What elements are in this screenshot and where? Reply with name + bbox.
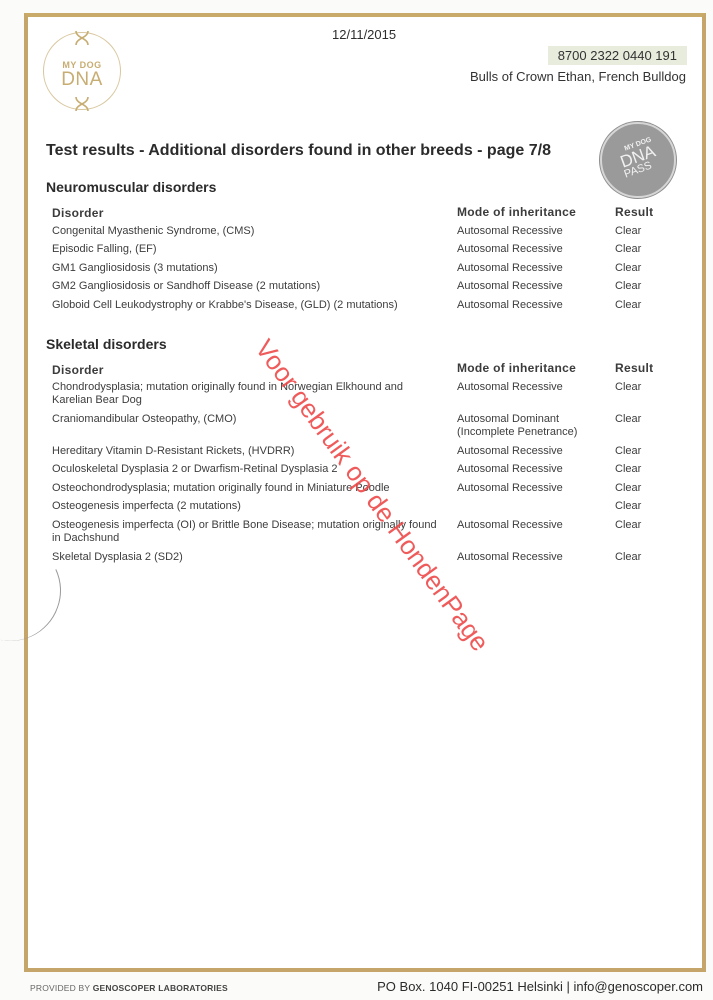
section-title-skeletal: Skeletal disorders	[46, 336, 167, 352]
dna-pass-badge: MY DOG DNA PASS	[600, 122, 676, 198]
result-cell: Clear	[615, 482, 641, 495]
provided-by-label: PROVIDED BY	[30, 983, 90, 993]
result-cell: Clear	[615, 413, 641, 426]
result-cell: Clear	[615, 551, 641, 564]
result-cell: Clear	[615, 500, 641, 513]
disorder-cell: Congenital Myasthenic Syndrome, (CMS)	[52, 225, 442, 238]
result-cell: Clear	[615, 381, 641, 394]
mode-cell: Autosomal Recessive	[457, 445, 607, 458]
disorder-cell: Globoid Cell Leukodystrophy or Krabbe's …	[52, 299, 442, 312]
result-cell: Clear	[615, 225, 641, 238]
column-header-mode: Mode of inheritance	[457, 205, 576, 219]
disorder-cell: GM1 Gangliosidosis (3 mutations)	[52, 262, 442, 275]
result-cell: Clear	[615, 299, 641, 312]
my-dog-dna-logo: MY DOG DNA	[43, 32, 121, 110]
result-cell: Clear	[615, 280, 641, 293]
column-header-disorder: Disorder	[52, 206, 104, 220]
disorder-cell: Craniomandibular Osteopathy, (CMO)	[52, 413, 442, 426]
column-header-result: Result	[615, 361, 653, 375]
mode-cell: Autosomal Recessive	[457, 243, 607, 256]
result-cell: Clear	[615, 445, 641, 458]
disorder-cell: GM2 Gangliosidosis or Sandhoff Disease (…	[52, 280, 442, 293]
dna-strand-icon	[73, 97, 91, 111]
result-cell: Clear	[615, 463, 641, 476]
mode-cell: Autosomal Recessive	[457, 519, 607, 532]
lab-name: GENOSCOPER LABORATORIES	[93, 983, 228, 993]
mode-cell: Autosomal Dominant (Incomplete Penetranc…	[457, 413, 607, 439]
mode-cell: Autosomal Recessive	[457, 262, 607, 275]
mode-cell: Autosomal Recessive	[457, 463, 607, 476]
mode-cell: Autosomal Recessive	[457, 280, 607, 293]
page-title: Test results - Additional disorders foun…	[46, 142, 551, 160]
report-date: 12/11/2015	[332, 27, 396, 42]
dna-strand-icon	[73, 31, 91, 45]
section-title-neuromuscular: Neuromuscular disorders	[46, 179, 216, 195]
disorder-cell: Hereditary Vitamin D-Resistant Rickets, …	[52, 445, 442, 458]
result-cell: Clear	[615, 519, 641, 532]
result-cell: Clear	[615, 262, 641, 275]
result-cell: Clear	[615, 243, 641, 256]
chip-id: 8700 2322 0440 191	[548, 46, 687, 65]
footer-address: PO Box. 1040 FI-00251 Helsinki | info@ge…	[377, 979, 703, 994]
disorder-cell: Skeletal Dysplasia 2 (SD2)	[52, 551, 442, 564]
column-header-mode: Mode of inheritance	[457, 361, 576, 375]
dog-name: Bulls of Crown Ethan, French Bulldog	[470, 69, 686, 84]
disorder-cell: Oculoskeletal Dysplasia 2 or Dwarfism-Re…	[52, 463, 442, 476]
mode-cell: Autosomal Recessive	[457, 381, 607, 394]
logo-line2: DNA	[44, 69, 120, 91]
disorder-cell: Episodic Falling, (EF)	[52, 243, 442, 256]
mode-cell: Autosomal Recessive	[457, 551, 607, 564]
mode-cell: Autosomal Recessive	[457, 225, 607, 238]
footer-provider: PROVIDED BY GENOSCOPER LABORATORIES	[30, 983, 228, 993]
mode-cell: Autosomal Recessive	[457, 299, 607, 312]
column-header-disorder: Disorder	[52, 363, 104, 377]
disorder-cell: Chondrodysplasia; mutation originally fo…	[52, 381, 442, 407]
column-header-result: Result	[615, 205, 653, 219]
mode-cell: Autosomal Recessive	[457, 482, 607, 495]
